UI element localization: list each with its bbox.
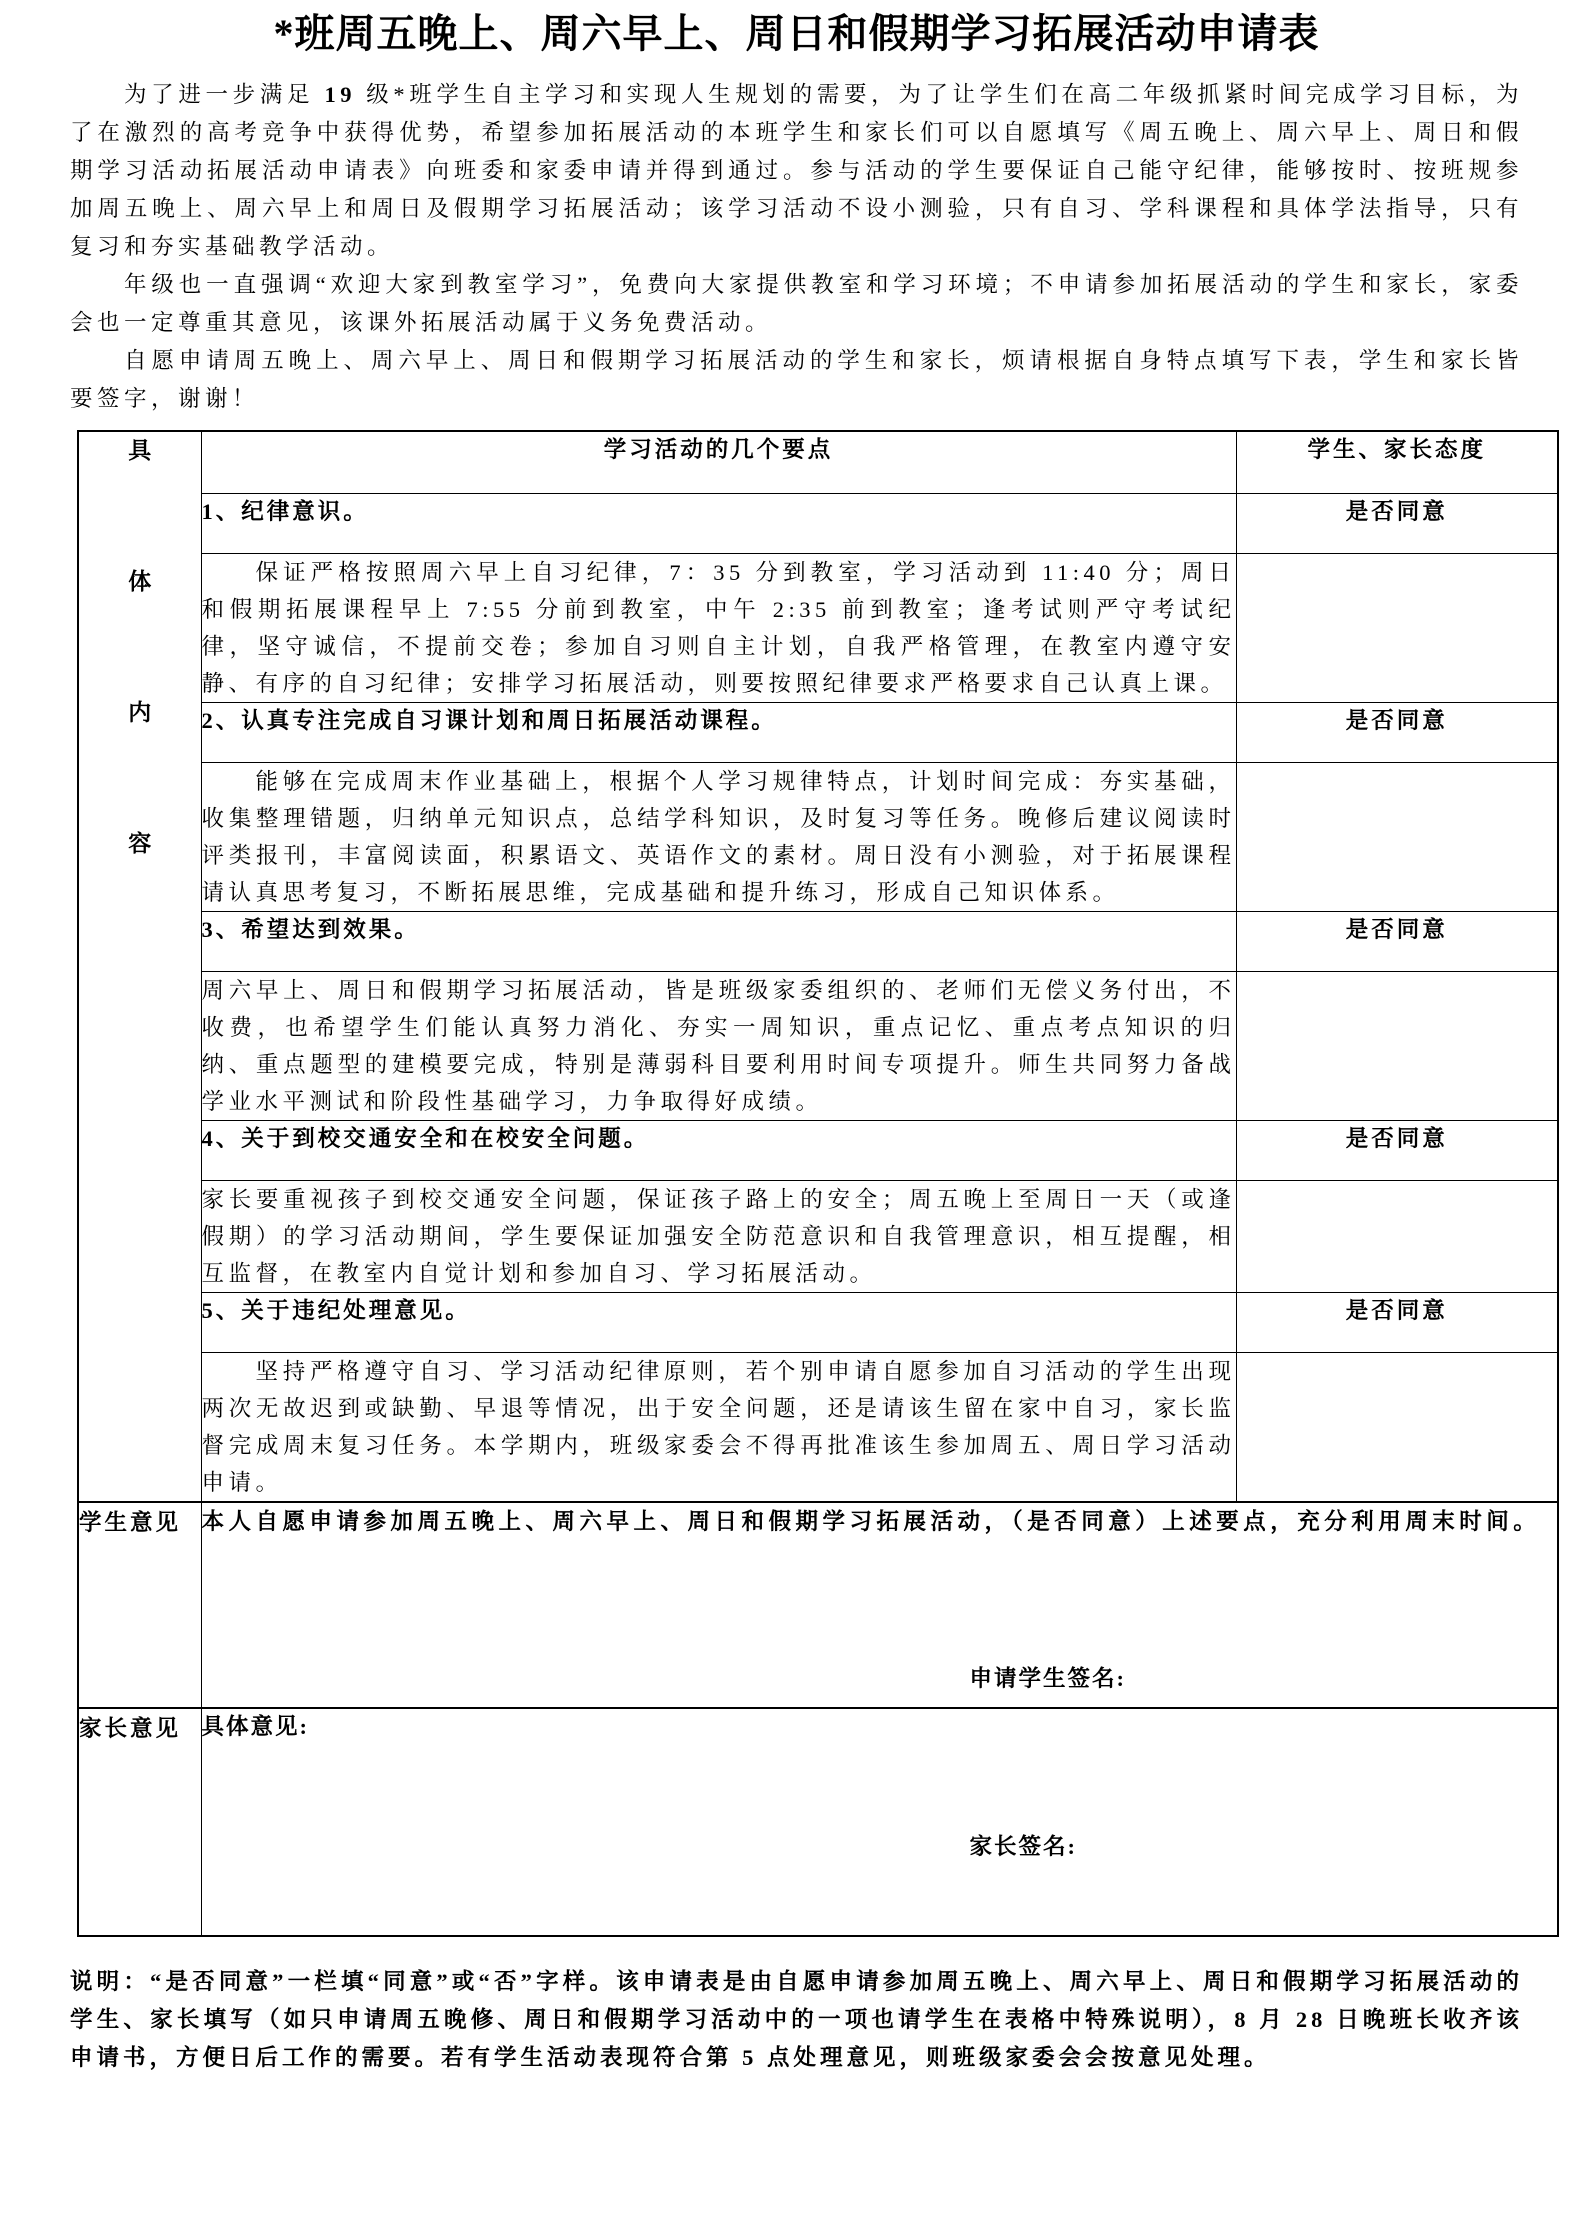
intro-paragraph-1-pre: 为了进一步满足 [124, 82, 324, 107]
row-5-title: 5、关于违纪处理意见。 [201, 1292, 1236, 1352]
student-opinion-text: 本人自愿申请参加周五晚上、周六早上、周日和假期学习拓展活动，（是否同意）上述要点… [202, 1503, 1558, 1541]
intro-paragraph-2: 年级也一直强调“欢迎大家到教室学习”，免费向大家提供教室和学习环境；不申请参加拓… [70, 266, 1523, 342]
application-table: 具 体 内 容 学习活动的几个要点 学生、家长态度 1、纪律意识。 是否同意 保… [77, 430, 1559, 1937]
row-2-answer-cell[interactable] [1236, 762, 1558, 911]
row-5-detail: 坚持严格遵守自习、学习活动纪律原则，若个别申请自愿参加自习活动的学生出现两次无故… [201, 1352, 1236, 1502]
parent-signature-label: 家长签名: [970, 1829, 1078, 1861]
side-label-cell: 具 体 内 容 [78, 431, 201, 1502]
parent-opinion-label: 家长意见 [78, 1708, 201, 1936]
student-signature-label: 申请学生签名: [970, 1661, 1127, 1693]
row-3-detail-row: 周六早上、周日和假期学习拓展活动，皆是班级家委组织的、老师们无偿义务付出，不收费… [78, 971, 1558, 1120]
row-1-agree-label: 是否同意 [1236, 493, 1558, 553]
parent-opinion-detail-label: 具体意见: [202, 1709, 1558, 1741]
side-label: 具 体 内 容 [79, 432, 201, 858]
header-points: 学习活动的几个要点 [201, 431, 1236, 493]
intro-paragraph-3: 自愿申请周五晚上、周六早上、周日和假期学习拓展活动的学生和家长，烦请根据自身特点… [70, 342, 1523, 418]
row-1-title: 1、纪律意识。 [201, 493, 1236, 553]
parent-opinion-cell[interactable]: 具体意见: 家长签名: [201, 1708, 1558, 1936]
side-char: 内 [128, 694, 151, 727]
row-2-title: 2、认真专注完成自习课计划和周日拓展活动课程。 [201, 702, 1236, 762]
row-1-detail-row: 保证严格按照周六早上自习纪律，7：35 分到教室，学习活动到 11:40 分；周… [78, 553, 1558, 702]
row-4-title: 4、关于到校交通安全和在校安全问题。 [201, 1120, 1236, 1180]
intro-paragraph-1: 为了进一步满足 19 级*班学生自主学习和实现人生规划的需要，为了让学生们在高二… [70, 76, 1523, 266]
row-4-detail-row: 家长要重视孩子到校交通安全问题，保证孩子路上的安全；周五晚上至周日一天（或逢假期… [78, 1180, 1558, 1292]
parent-opinion-row: 家长意见 具体意见: 家长签名: [78, 1708, 1558, 1936]
row-4-agree-label: 是否同意 [1236, 1120, 1558, 1180]
row-2-title-row: 2、认真专注完成自习课计划和周日拓展活动课程。 是否同意 [78, 702, 1558, 762]
header-attitude: 学生、家长态度 [1236, 431, 1558, 493]
row-3-answer-cell[interactable] [1236, 971, 1558, 1120]
note-paragraph: 说明：“是否同意”一栏填“同意”或“否”字样。该申请表是由自愿申请参加周五晚上、… [70, 1963, 1523, 2077]
row-4-title-row: 4、关于到校交通安全和在校安全问题。 是否同意 [78, 1120, 1558, 1180]
row-3-agree-label: 是否同意 [1236, 911, 1558, 971]
row-2-detail-row: 能够在完成周末作业基础上，根据个人学习规律特点，计划时间完成：夯实基础，收集整理… [78, 762, 1558, 911]
row-5-detail-row: 坚持严格遵守自习、学习活动纪律原则，若个别申请自愿参加自习活动的学生出现两次无故… [78, 1352, 1558, 1502]
row-2-agree-label: 是否同意 [1236, 702, 1558, 762]
row-4-detail: 家长要重视孩子到校交通安全问题，保证孩子路上的安全；周五晚上至周日一天（或逢假期… [201, 1180, 1236, 1292]
page-title: *班周五晚上、周六早上、周日和假期学习拓展活动申请表 [70, 8, 1523, 60]
side-char: 体 [128, 563, 151, 596]
row-4-answer-cell[interactable] [1236, 1180, 1558, 1292]
row-3-title: 3、希望达到效果。 [201, 911, 1236, 971]
row-5-agree-label: 是否同意 [1236, 1292, 1558, 1352]
document-page: *班周五晚上、周六早上、周日和假期学习拓展活动申请表 为了进一步满足 19 级*… [0, 0, 1587, 2235]
intro-paragraph-1-post: 级*班学生自主学习和实现人生规划的需要，为了让学生们在高二年级抓紧时间完成学习目… [70, 82, 1523, 259]
row-1-answer-cell[interactable] [1236, 553, 1558, 702]
row-1-title-row: 1、纪律意识。 是否同意 [78, 493, 1558, 553]
row-3-title-row: 3、希望达到效果。 是否同意 [78, 911, 1558, 971]
side-char: 容 [128, 825, 151, 858]
row-5-answer-cell[interactable] [1236, 1352, 1558, 1502]
table-header-row: 具 体 内 容 学习活动的几个要点 学生、家长态度 [78, 431, 1558, 493]
row-3-detail: 周六早上、周日和假期学习拓展活动，皆是班级家委组织的、老师们无偿义务付出，不收费… [201, 971, 1236, 1120]
side-char: 具 [128, 432, 151, 465]
row-5-title-row: 5、关于违纪处理意见。 是否同意 [78, 1292, 1558, 1352]
row-2-detail: 能够在完成周末作业基础上，根据个人学习规律特点，计划时间完成：夯实基础，收集整理… [201, 762, 1236, 911]
student-opinion-cell[interactable]: 本人自愿申请参加周五晚上、周六早上、周日和假期学习拓展活动，（是否同意）上述要点… [201, 1502, 1558, 1708]
row-1-detail: 保证严格按照周六早上自习纪律，7：35 分到教室，学习活动到 11:40 分；周… [201, 553, 1236, 702]
student-opinion-row: 学生意见 本人自愿申请参加周五晚上、周六早上、周日和假期学习拓展活动，（是否同意… [78, 1502, 1558, 1708]
student-opinion-label: 学生意见 [78, 1502, 201, 1708]
grade-number: 19 [324, 82, 356, 107]
